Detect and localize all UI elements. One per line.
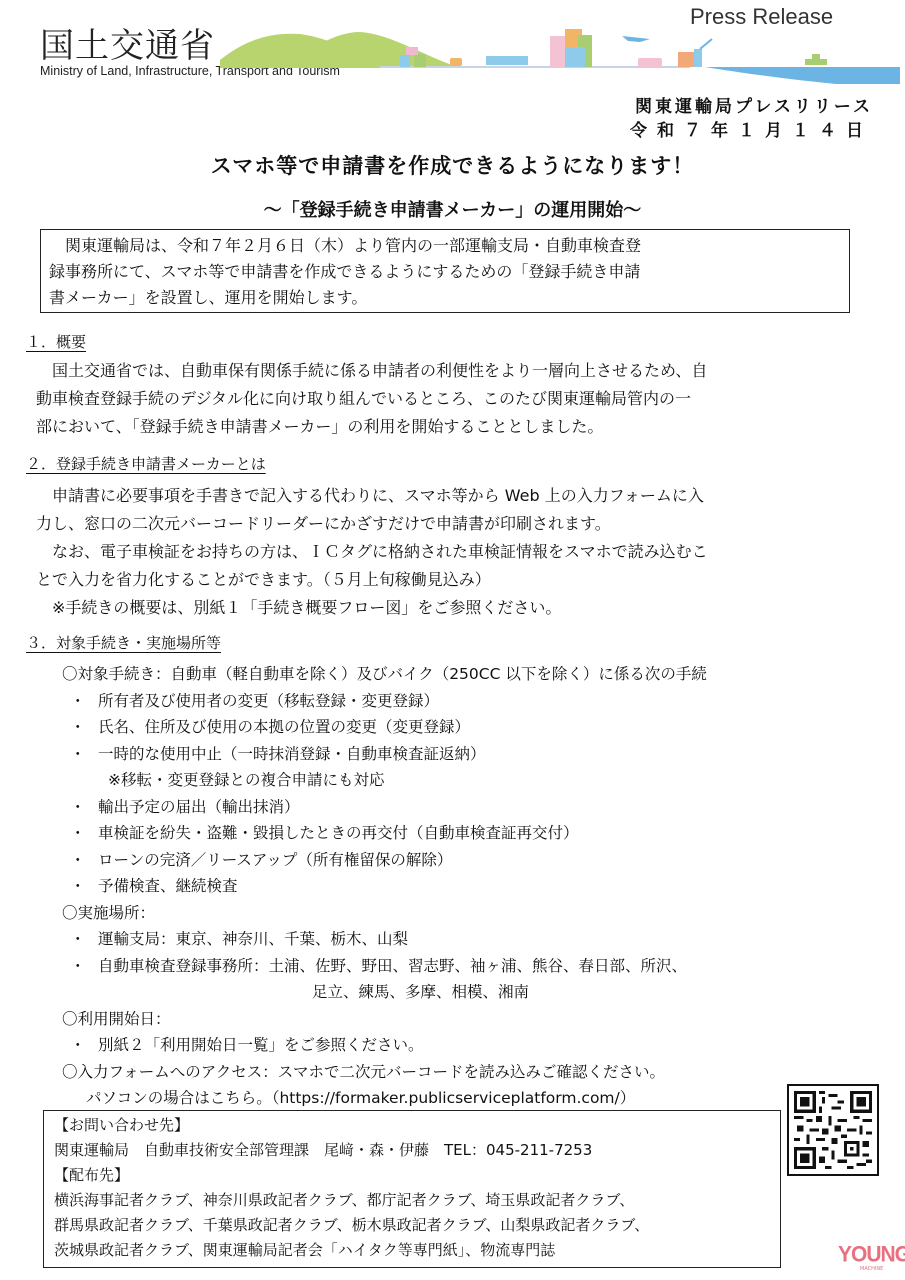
ship-icon (805, 59, 827, 65)
procedure-item: ・所有者及び使用者の変更（移転登録・変更登録） (62, 688, 707, 715)
bullet: ・ (62, 741, 98, 768)
start-date-item: ・別紙２「利用開始日一覧」をご参照ください。 (62, 1032, 707, 1059)
locations-label: 〇実施場所： (62, 900, 707, 927)
press-release-label: Press Release (690, 4, 833, 30)
procedures-label: 〇対象手続き：自動車（軽自動車を除く）及びバイク（250CC 以下を除く）に係る… (62, 661, 707, 688)
distribution-line: 茨城県政記者クラブ、関東運輸局記者会「ハイタク等専門紙」、物流専門誌 (54, 1238, 770, 1263)
location-item-continued: 足立、練馬、多摩、相模、湘南 (62, 979, 707, 1006)
inquiry-heading: 【お問い合わせ先】 (54, 1113, 770, 1138)
bullet: ・ (62, 794, 98, 821)
airplane-icon (622, 36, 650, 42)
bullet: ・ (62, 953, 98, 980)
bullet: ・ (62, 1032, 98, 1059)
section-1-body: 国土交通省では、自動車保有関係手続に係る申請者の利便性をより一層向上させるため、… (36, 357, 707, 441)
paragraph-line: とで入力を省力化することができます。（５月上旬稼働見込み） (36, 566, 708, 594)
bullet: ・ (62, 847, 98, 874)
procedure-note: ※移転・変更登録との複合申請にも対応 (62, 767, 707, 794)
young-machine-watermark: YOUNG (838, 1242, 905, 1267)
page-title: スマホ等で申請書を作成できるようになります！ (0, 150, 905, 180)
paragraph-line: 力し、窓口の二次元バーコードリーダーにかざすだけで申請書が印刷されます。 (36, 510, 708, 538)
section-3-heading: ３．対象手続き・実施場所等 (26, 632, 221, 653)
procedure-item: ・予備検査、継続検査 (62, 873, 707, 900)
location-item: ・自動車検査登録事務所：土浦、佐野、野田、習志野、袖ヶ浦、熊谷、春日部、所沢、 (62, 953, 707, 980)
page-subtitle: ～「登録手続き申請書メーカー」の運用開始～ (0, 196, 905, 222)
bullet: ・ (62, 714, 98, 741)
qr-code-icon (794, 1091, 872, 1169)
bullet: ・ (62, 926, 98, 953)
contact-box: 【お問い合わせ先】 関東運輸局 自動車技術安全部管理課 尾﨑・森・伊藤 TEL：… (43, 1110, 781, 1268)
bullet: ・ (62, 688, 98, 715)
watermark-subtext: MACHINE (860, 1266, 883, 1272)
paragraph-line: 部において、「登録手続き申請書メーカー」の利用を開始することとしました。 (36, 413, 707, 441)
section-2-heading: ２．登録手続き申請書メーカーとは (26, 453, 266, 474)
ministry-logo-jp: 国土交通省 (40, 26, 215, 66)
paragraph-line: 申請書に必要事項を手書きで記入する代わりに、スマホ等から Web 上の入力フォー… (36, 482, 708, 510)
paragraph-line: 国土交通省では、自動車保有関係手続に係る申請者の利便性をより一層向上させるため、… (36, 357, 707, 385)
summary-line: 書メーカー」を設置し、運用を開始します。 (49, 285, 841, 311)
procedure-item: ・ローンの完済／リースアップ（所有権留保の解除） (62, 847, 707, 874)
summary-box: 関東運輸局は、令和７年２月６日（木）より管内の一部運輸支局・自動車検査登 録事務… (40, 229, 850, 313)
distribution-line: 横浜海事記者クラブ、神奈川県政記者クラブ、都庁記者クラブ、埼玉県政記者クラブ、 (54, 1188, 770, 1213)
summary-line: 録事務所にて、スマホ等で申請書を作成できるようにするための「登録手続き申請 (49, 259, 841, 285)
paragraph-line: なお、電子車検証をお持ちの方は、ＩＣタグに格納された車検証情報をスマホで読み込む… (36, 538, 708, 566)
qr-code[interactable] (787, 1084, 879, 1176)
section-2-body: 申請書に必要事項を手書きで記入する代わりに、スマホ等から Web 上の入力フォー… (36, 482, 708, 622)
issuer: 関東運輸局プレスリリース (635, 92, 873, 117)
summary-line: 関東運輸局は、令和７年２月６日（木）より管内の一部運輸支局・自動車検査登 (49, 233, 841, 259)
section-3-body: 〇対象手続き：自動車（軽自動車を除く）及びバイク（250CC 以下を除く）に係る… (62, 661, 707, 1112)
access-label: 〇入力フォームへのアクセス：スマホで二次元バーコードを読み込みご確認ください。 (62, 1059, 707, 1086)
inquiry-details: 関東運輸局 自動車技術安全部管理課 尾﨑・森・伊藤 TEL：045-211-72… (54, 1138, 770, 1163)
procedure-item: ・一時的な使用中止（一時抹消登録・自動車検査証返納） (62, 741, 707, 768)
section-1-heading: １．概要 (26, 331, 86, 352)
procedure-item: ・氏名、住所及び使用の本拠の位置の変更（変更登録） (62, 714, 707, 741)
release-date: 令和７年１月１４日 (630, 116, 873, 141)
location-item: ・運輸支局：東京、神奈川、千葉、栃木、山梨 (62, 926, 707, 953)
distribution-line: 群馬県政記者クラブ、千葉県政記者クラブ、栃木県政記者クラブ、山梨県政記者クラブ、 (54, 1213, 770, 1238)
procedure-item: ・輸出予定の届出（輸出抹消） (62, 794, 707, 821)
access-pc-link[interactable]: パソコンの場合はこちら。（https://formaker.publicserv… (62, 1085, 707, 1112)
bullet: ・ (62, 820, 98, 847)
distribution-heading: 【配布先】 (54, 1163, 770, 1188)
bullet: ・ (62, 873, 98, 900)
procedure-item: ・車検証を紛失・盗難・毀損したときの再交付（自動車検査証再交付） (62, 820, 707, 847)
paragraph-line: 動車検査登録手続のデジタル化に向け取り組んでいるところ、このたび関東運輸局管内の… (36, 385, 707, 413)
start-date-label: 〇利用開始日： (62, 1006, 707, 1033)
paragraph-line: ※手続きの概要は、別紙１「手続き概要フロー図」をご参照ください。 (36, 594, 708, 622)
sea-shape (705, 67, 900, 84)
